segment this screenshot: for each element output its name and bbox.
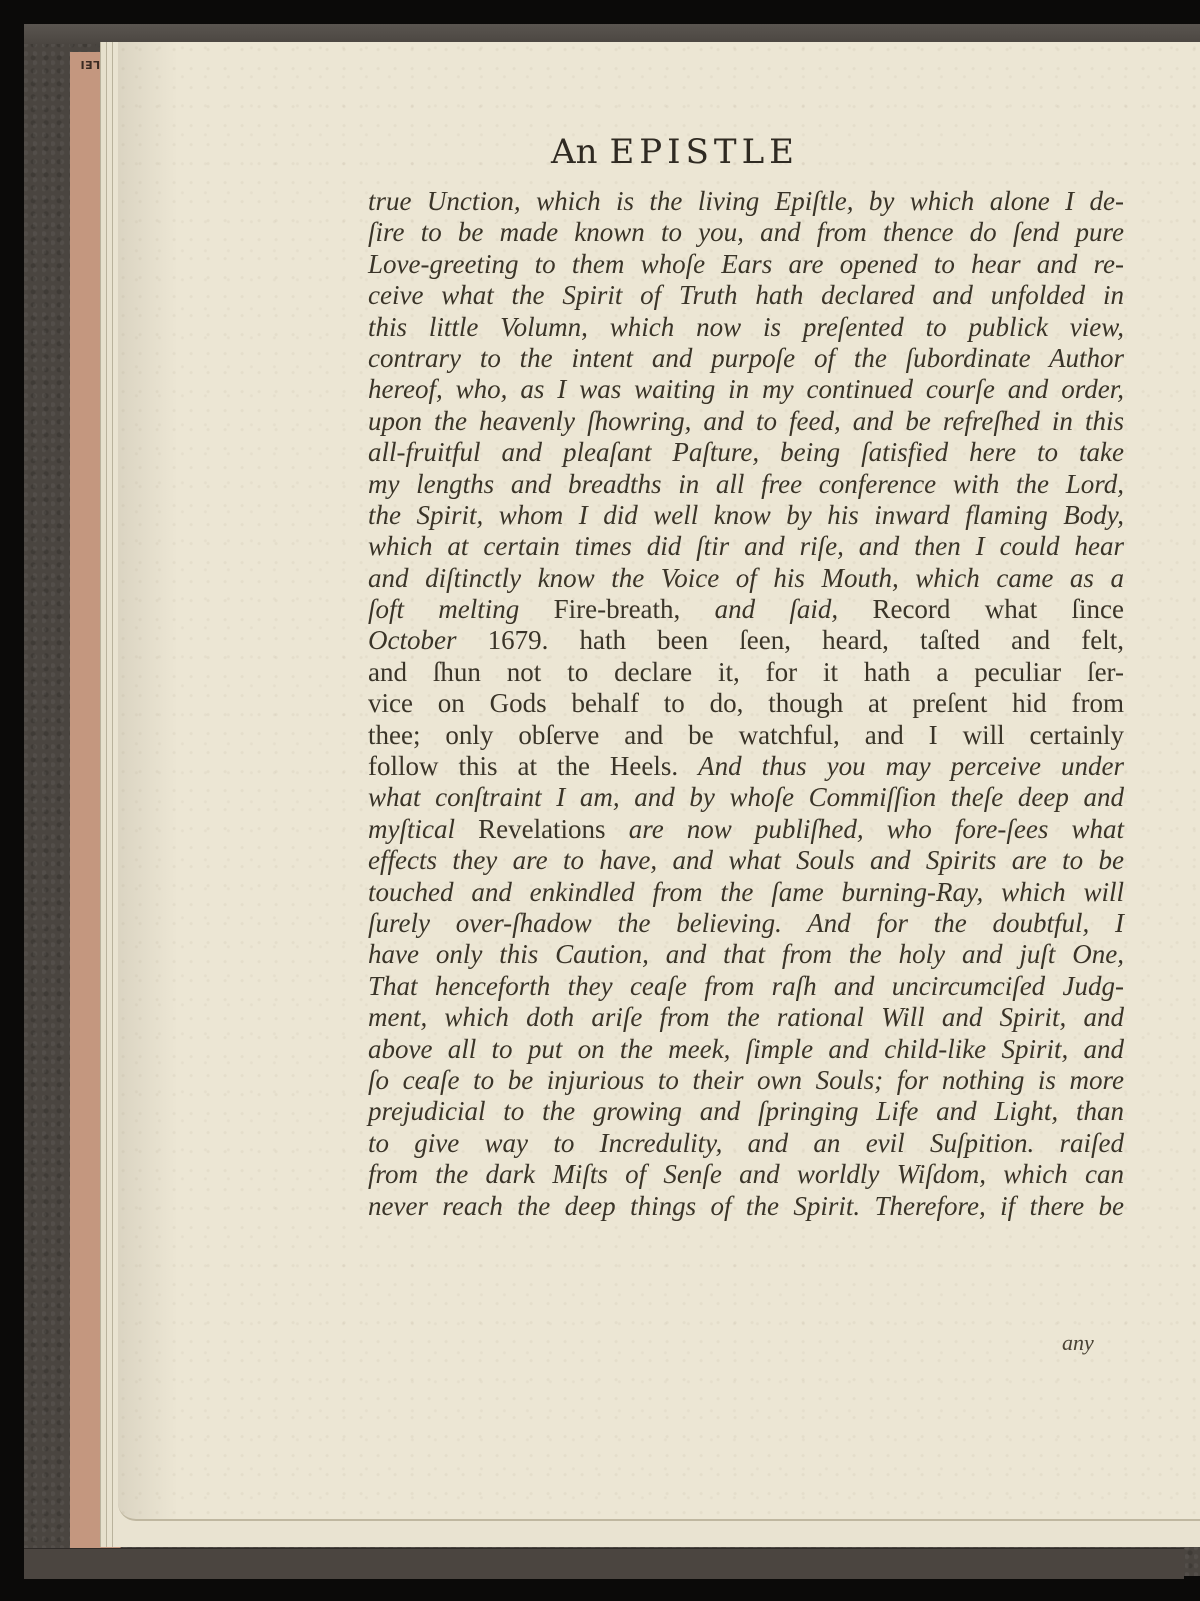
text-line: October 1679. hath been ſeen, heard, taſ…: [368, 625, 1124, 656]
running-head-prefix: An: [551, 132, 597, 172]
text-line: from the dark Miſts of Senſe and worldly…: [368, 1159, 1124, 1190]
text-line: myſtical Revelations are now publiſhed, …: [368, 814, 1124, 845]
roman-run: Revelations: [478, 814, 629, 844]
roman-run: 1679. hath been ſeen, heard, taſted and …: [488, 625, 1124, 655]
italic-run: myſtical: [368, 814, 478, 844]
running-head: AnEPISTLE: [0, 132, 1200, 172]
roman-run: Record what ſince: [872, 594, 1124, 624]
text-line: my lengths and breadths in all free conf…: [368, 469, 1124, 500]
text-line: above all to put on the meek, ſimple and…: [368, 1034, 1124, 1065]
text-line: upon the heavenly ſhowring, and to feed,…: [368, 406, 1124, 437]
italic-run: and ſaid,: [715, 594, 873, 624]
roman-run: follow this at the Heels.: [368, 751, 698, 781]
text-line: follow this at the Heels. And thus you m…: [368, 751, 1124, 782]
catchword: any: [1062, 1330, 1094, 1356]
text-line: which at certain times did ſtir and riſe…: [368, 531, 1124, 562]
text-line: effects they are to have, and what Souls…: [368, 845, 1124, 876]
text-line: and diſtinctly know the Voice of his Mou…: [368, 563, 1124, 594]
text-line: ſurely over-ſhadow the believing. And fo…: [368, 908, 1124, 939]
text-line: ſo ceaſe to be injurious to their own So…: [368, 1065, 1124, 1096]
text-line: touched and enkindled from the ſame burn…: [368, 877, 1124, 908]
text-line: never reach the deep things of the Spiri…: [368, 1191, 1124, 1222]
roman-run: Fire-breath,: [554, 594, 715, 624]
text-line: what conſtraint I am, and by whoſe Commi…: [368, 782, 1124, 813]
text-line: ment, which doth ariſe from the rational…: [368, 1002, 1124, 1033]
cover-bottom-edge: [24, 1548, 1184, 1579]
text-line: ſire to be made known to you, and from t…: [368, 217, 1124, 248]
italic-run: October: [368, 625, 488, 655]
italic-run: are now publiſhed, who fore-ſees what: [629, 814, 1124, 844]
text-line: the Spirit, whom I did well know by his …: [368, 500, 1124, 531]
running-head-title: EPISTLE: [609, 132, 799, 172]
body-text: true Unction, which is the living Epiſtl…: [368, 186, 1124, 1222]
text-line: thee; only obſerve and be watchful, and …: [368, 720, 1124, 751]
text-line: ſoft melting Fire-breath, and ſaid, Reco…: [368, 594, 1124, 625]
text-line: all-fruitful and pleaſant Paſture, being…: [368, 437, 1124, 468]
text-line: to give way to Incredulity, and an evil …: [368, 1128, 1124, 1159]
text-line: this little Volumn, which now is preſent…: [368, 312, 1124, 343]
text-line: That henceforth they ceaſe from raſh and…: [368, 971, 1124, 1002]
text-line: Love-greeting to them whoſe Ears are ope…: [368, 249, 1124, 280]
text-line: vice on Gods behalf to do, though at pre…: [368, 688, 1124, 719]
text-line: and ſhun not to declare it, for it hath …: [368, 657, 1124, 688]
text-line: true Unction, which is the living Epiſtl…: [368, 186, 1124, 217]
cover-top-edge: [24, 24, 1200, 44]
text-line: prejudicial to the growing and ſpringing…: [368, 1096, 1124, 1127]
text-line: contrary to the intent and purpoſe of th…: [368, 343, 1124, 374]
text-line: hereof, who, as I was waiting in my cont…: [368, 374, 1124, 405]
italic-run: ſoft melting: [368, 594, 554, 624]
text-line: ceive what the Spirit of Truth hath decl…: [368, 280, 1124, 311]
italic-run: And thus you may perceive under: [698, 751, 1124, 781]
text-line: have only this Caution, and that from th…: [368, 939, 1124, 970]
